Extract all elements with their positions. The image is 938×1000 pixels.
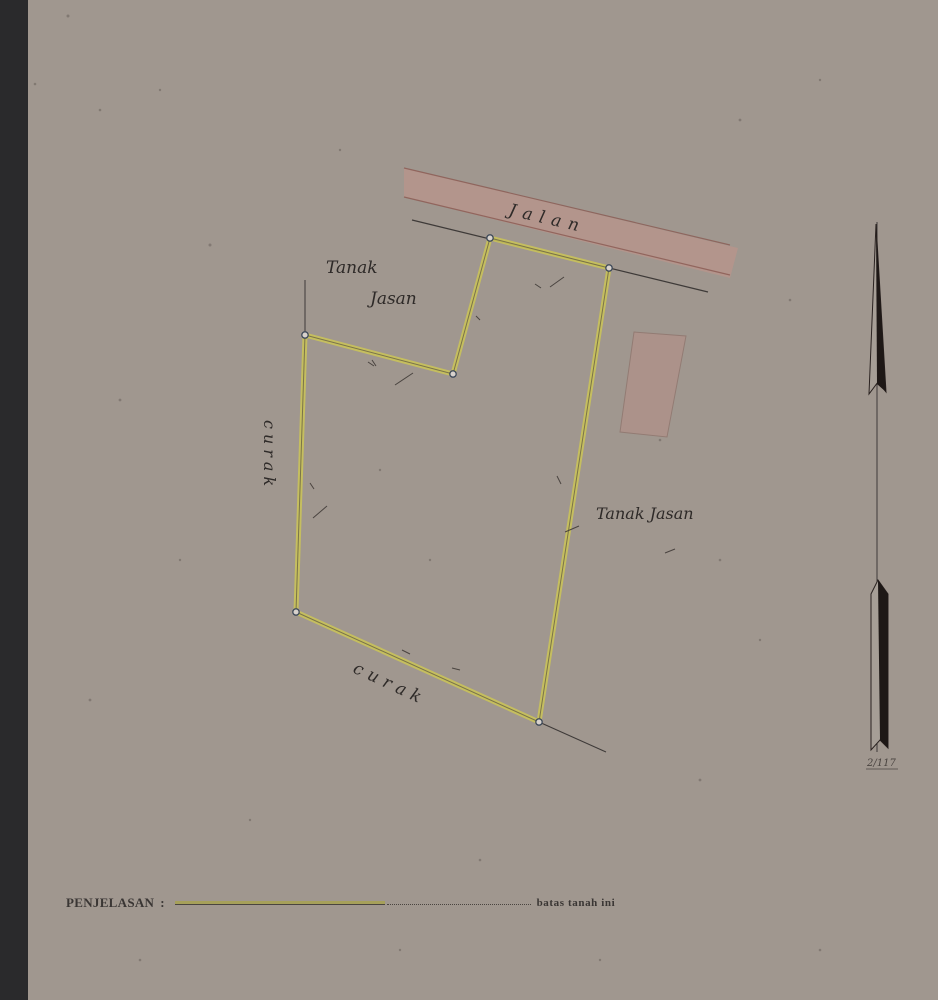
legend-boundary-symbol [175, 898, 531, 908]
svg-text:Tanak: Tanak [326, 258, 378, 278]
legend-separator: : [160, 895, 164, 911]
vertex-marker [302, 332, 308, 338]
neighbor-north-west-label: Tanak Jasan [326, 258, 417, 309]
parcel-map: Jalan Tanak Jasan Tanak Jasan [0, 0, 938, 1000]
legend-description: batas tanah ini [537, 897, 616, 909]
legend-title: PENJELASAN [66, 895, 154, 911]
road-jalan: Jalan [404, 168, 738, 292]
south-extension-line [539, 722, 606, 752]
north-arrow-scale-mark: 2/117 [866, 758, 896, 769]
adjacent-building [620, 332, 686, 437]
vertex-marker [487, 235, 493, 241]
legend-solid-line [175, 901, 385, 905]
svg-text:Jasan: Jasan [367, 289, 417, 309]
neighbor-east-label: Tanak Jasan [596, 504, 694, 523]
legend-dotted-line [387, 904, 531, 905]
dimension-ticks [310, 277, 675, 670]
paper-specks [34, 15, 822, 962]
parcel-boundary [296, 238, 609, 722]
vertex-marker [293, 609, 299, 615]
parcel-vertices [293, 235, 612, 725]
vertex-marker [536, 719, 542, 725]
west-side-label: curak [260, 420, 279, 491]
legend: PENJELASAN : batas tanah ini [66, 893, 615, 913]
vertex-marker [450, 371, 456, 377]
north-arrow-icon [869, 222, 888, 752]
vertex-marker [606, 265, 612, 271]
